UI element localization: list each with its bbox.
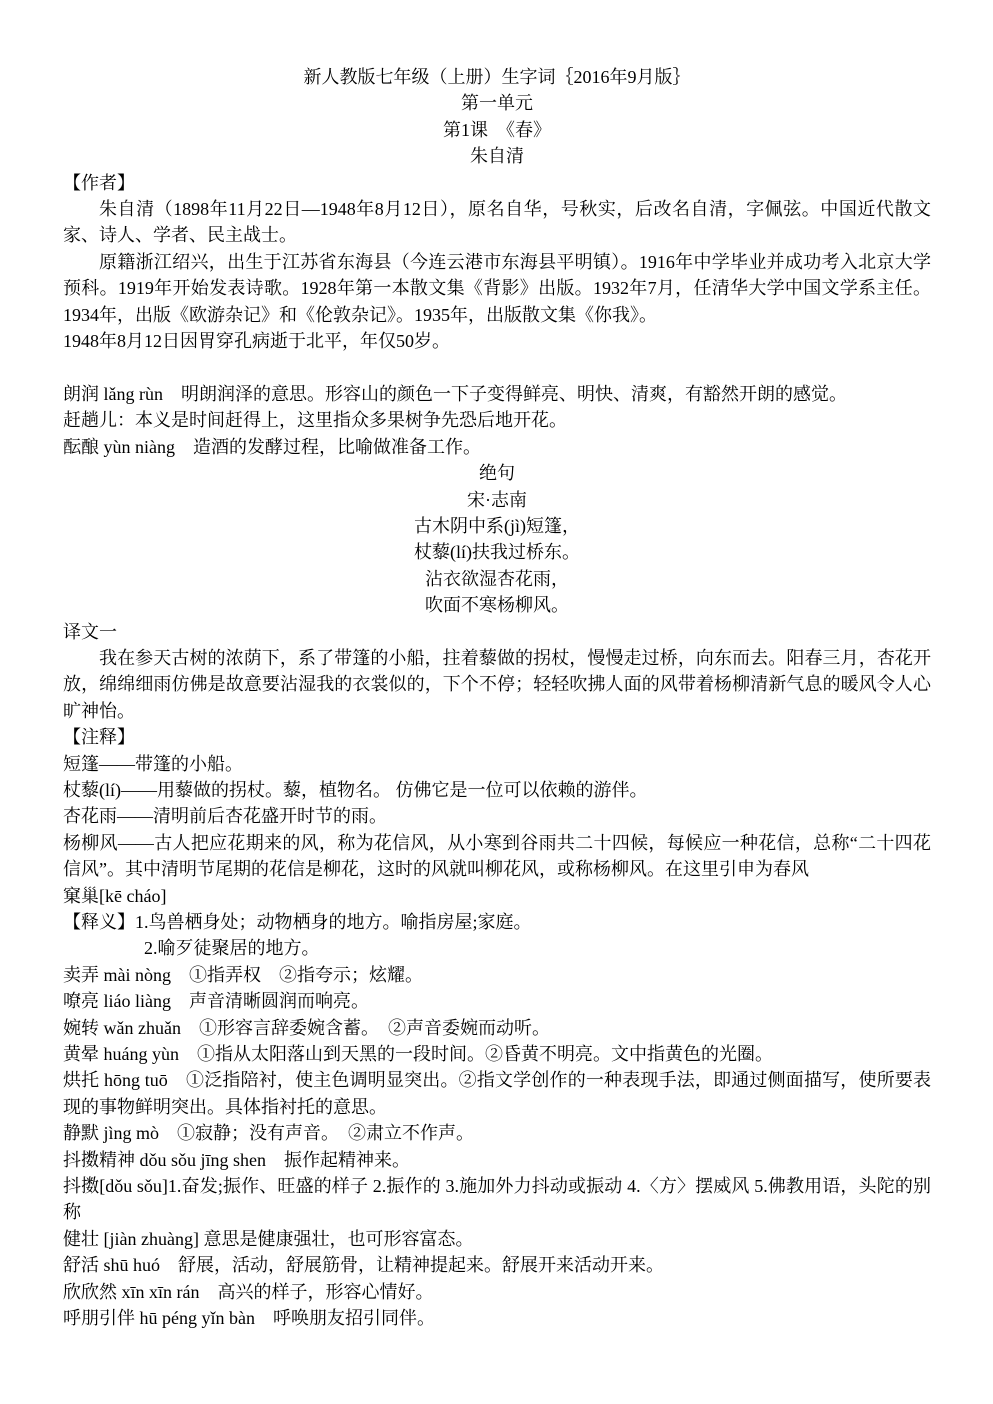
translation-heading: 译文一 [63, 619, 931, 645]
vocab-entry: 静默 jìng mò ①寂静；没有声音。 ②肃立不作声。 [63, 1120, 931, 1146]
note-entry: 杖藜(lí)——用藜做的拐杖。藜，植物名。 仿佛它是一位可以依赖的游伴。 [63, 777, 931, 803]
definition-line: 2.喻歹徒聚居的地方。 [63, 935, 931, 961]
vocab-entry: 婉转 wǎn zhuǎn ①形容言辞委婉含蓄。 ②声音委婉而动听。 [63, 1015, 931, 1041]
term-entry: 窠巢[kē cháo] [63, 883, 931, 909]
vocab-entry: 卖弄 mài nòng ①指弄权 ②指夸示；炫耀。 [63, 962, 931, 988]
vocab-entry: 欣欣然 xīn xīn rán 高兴的样子，形容心情好。 [63, 1279, 931, 1305]
note-entry: 杏花雨——清明前后杏花盛开时节的雨。 [63, 803, 931, 829]
poem-line: 古木阴中系(jì)短篷， [63, 513, 931, 539]
definition-line: 【释义】1.鸟兽栖身处；动物栖身的地方。喻指房屋;家庭。 [63, 909, 931, 935]
vocab-entry: 酝酿 yùn niàng 造酒的发酵过程，比喻做准备工作。 [63, 434, 931, 460]
doc-title: 新人教版七年级（上册）生字词｛2016年9月版｝ [63, 64, 931, 90]
vocab-entry: 抖擞精神 dǒu sǒu jīng shen 振作起精神来。 [63, 1147, 931, 1173]
note-entry: 短篷——带篷的小船。 [63, 751, 931, 777]
poem-line: 吹面不寒杨柳风。 [63, 592, 931, 618]
lesson-author-name: 朱自清 [63, 143, 931, 169]
translation-paragraph: 我在参天古树的浓荫下，系了带篷的小船，拄着藜做的拐杖，慢慢走过桥，向东而去。阳春… [63, 645, 931, 724]
vocabulary-list-2: 卖弄 mài nòng ①指弄权 ②指夸示；炫耀。 嘹亮 liáo liàng … [63, 962, 931, 1332]
document-page: 新人教版七年级（上册）生字词｛2016年9月版｝ 第一单元 第1课 《春》 朱自… [0, 0, 993, 1404]
poem-title: 绝句 [63, 460, 931, 486]
author-paragraph: 原籍浙江绍兴，出生于江苏省东海县（今连云港市东海县平明镇）。1916年中学毕业并… [63, 249, 931, 328]
lesson-heading: 第1课 《春》 [63, 117, 931, 143]
author-paragraph: 朱自清（1898年11月22日—1948年8月12日），原名自华，号秋实，后改名… [63, 196, 931, 249]
vocab-entry: 抖擞[dǒu sǒu]1.奋发;振作、旺盛的样子 2.振作的 3.施加外力抖动或… [63, 1173, 931, 1226]
note-entry: 杨柳风——古人把应花期来的风，称为花信风，从小寒到谷雨共二十四候，每候应一种花信… [63, 830, 931, 883]
vocab-entry: 呼朋引伴 hū péng yǐn bàn 呼唤朋友招引同伴。 [63, 1305, 931, 1331]
vocab-entry: 嘹亮 liáo liàng 声音清晰圆润而响亮。 [63, 988, 931, 1014]
vocab-entry: 烘托 hōng tuō ①泛指陪衬，使主色调明显突出。②指文学创作的一种表现手法… [63, 1067, 931, 1120]
vocab-entry: 健壮 [jiàn zhuàng] 意思是健康强壮，也可形容富态。 [63, 1226, 931, 1252]
vocab-entry: 朗润 lǎng rùn 明朗润泽的意思。形容山的颜色一下子变得鲜亮、明快、清爽，… [63, 381, 931, 407]
poem-section: 绝句 宋·志南 古木阴中系(jì)短篷， 杖藜(lí)扶我过桥东。 沾衣欲湿杏花… [63, 460, 931, 618]
vocab-entry: 舒活 shū huó 舒展，活动，舒展筋骨，让精神提起来。舒展开来活动开来。 [63, 1252, 931, 1278]
notes-heading: 【注释】 [63, 724, 931, 750]
kechao-entry-section: 窠巢[kē cháo] 【释义】1.鸟兽栖身处；动物栖身的地方。喻指房屋;家庭。… [63, 883, 931, 962]
translation-section: 译文一 我在参天古树的浓荫下，系了带篷的小船，拄着藜做的拐杖，慢慢走过桥，向东而… [63, 619, 931, 725]
poem-line: 沾衣欲湿杏花雨， [63, 566, 931, 592]
vocab-entry: 黄晕 huáng yùn ①指从太阳落山到天黑的一段时间。②昏黄不明亮。文中指黄… [63, 1041, 931, 1067]
author-section-heading: 【作者】 [63, 170, 931, 196]
author-paragraph: 1948年8月12日因胃穿孔病逝于北平，年仅50岁。 [63, 328, 931, 354]
author-section: 【作者】 朱自清（1898年11月22日—1948年8月12日），原名自华，号秋… [63, 170, 931, 381]
blank-line [63, 354, 931, 380]
document-header: 新人教版七年级（上册）生字词｛2016年9月版｝ 第一单元 第1课 《春》 朱自… [63, 64, 931, 170]
poem-line: 杖藜(lí)扶我过桥东。 [63, 539, 931, 565]
poem-poet: 宋·志南 [63, 487, 931, 513]
vocab-entry: 赶趟儿：本义是时间赶得上，这里指众多果树争先恐后地开花。 [63, 407, 931, 433]
notes-section: 【注释】 短篷——带篷的小船。 杖藜(lí)——用藜做的拐杖。藜，植物名。 仿佛… [63, 724, 931, 882]
unit-heading: 第一单元 [63, 90, 931, 116]
vocabulary-list-1: 朗润 lǎng rùn 明朗润泽的意思。形容山的颜色一下子变得鲜亮、明快、清爽，… [63, 381, 931, 460]
